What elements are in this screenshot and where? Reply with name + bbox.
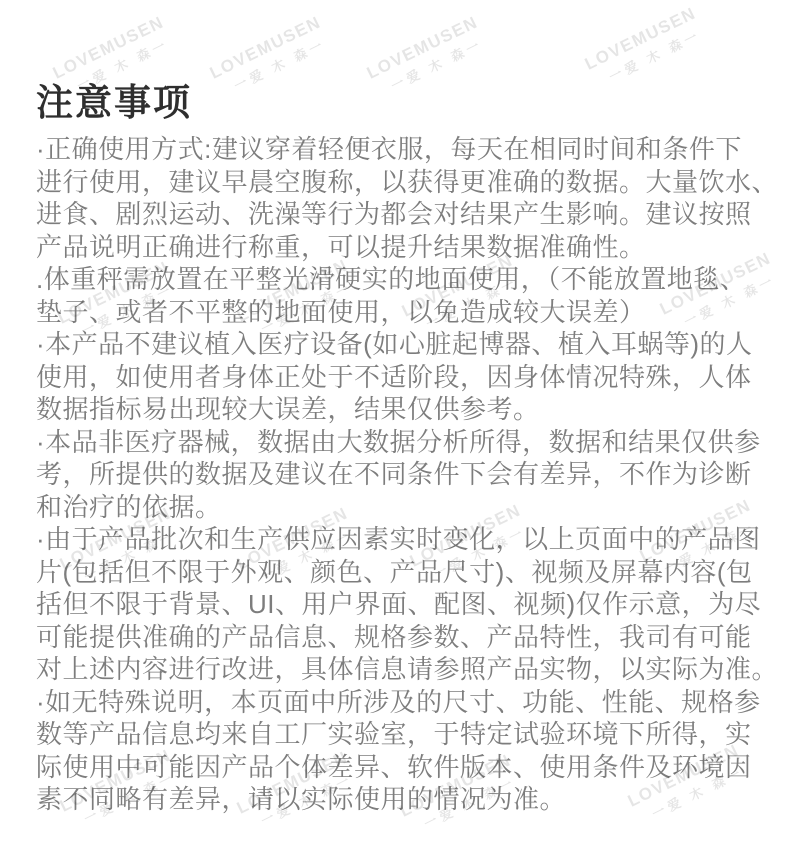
notice-paragraph-product-images: ·由于产品批次和生产供应因素实时变化，以上页面中的产品图 片(包括但不限于外观、… — [36, 523, 780, 686]
notice-content: 注意事项 ·正确使用方式:建议穿着轻便衣服，每天在相同时间和条件下 进行使用，建… — [0, 0, 790, 816]
notice-paragraph-usage: ·正确使用方式:建议穿着轻便衣服，每天在相同时间和条件下 进行使用，建议早晨空腹… — [36, 133, 780, 263]
notice-paragraph-medical-devices: ·本产品不建议植入医疗设备(如心脏起博器、植入耳蜗等)的人 使用，如使用者身体正… — [36, 328, 780, 426]
notice-paragraph-specs: ·如无特殊说明，本页面中所涉及的尺寸、功能、性能、规格参 数等产品信息均来自工厂… — [36, 686, 780, 816]
notice-paragraph-placement: .体重秤需放置在平整光滑硬实的地面使用，（不能放置地毯、 垫子、或者不平整的地面… — [36, 263, 780, 328]
page-title: 注意事项 — [36, 84, 780, 121]
notice-paragraph-not-medical: ·本品非医疗器械，数据由大数据分析所得，数据和结果仅供参 考，所提供的数据及建议… — [36, 426, 780, 524]
notice-page: 注意事项 ·正确使用方式:建议穿着轻便衣服，每天在相同时间和条件下 进行使用，建… — [0, 0, 790, 844]
